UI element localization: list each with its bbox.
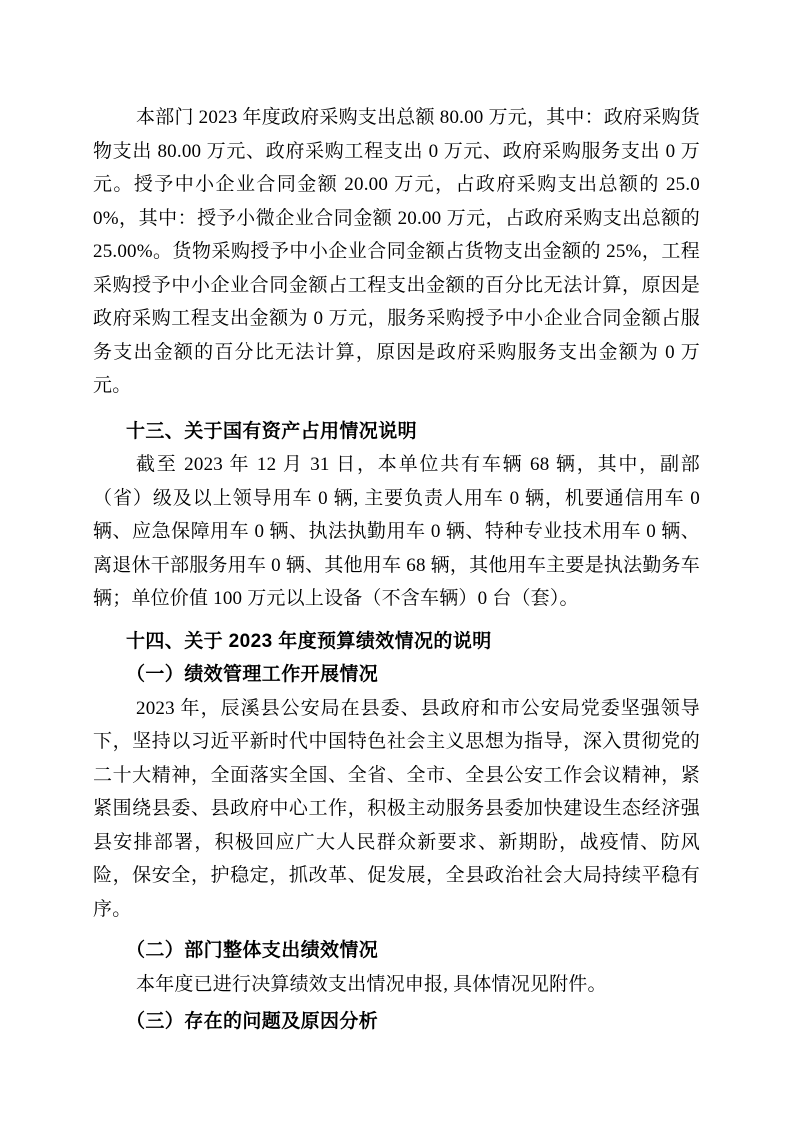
paragraph-performance-declaration: 本年度已进行决算绩效支出情况申报, 具体情况见附件。 [93,968,700,1002]
heading-sub-3-problems-and-cause-analysis: （三）存在的问题及原因分析 [93,1005,700,1039]
document-content: 本部门 2023 年度政府采购支出总额 80.00 万元，其中：政府采购货物支出… [93,101,700,1039]
heading-section-14-budget-performance: 十四、关于 2023 年度预算绩效情况的说明 [93,625,700,659]
paragraph-performance-management: 2023 年，辰溪县公安局在县委、县政府和市公安局党委坚强领导下，坚持以习近平新… [93,692,700,927]
document-page: 本部门 2023 年度政府采购支出总额 80.00 万元，其中：政府采购货物支出… [0,0,793,1122]
heading-sub-1-performance-management: （一）绩效管理工作开展情况 [93,658,700,692]
heading-sub-2-overall-expenditure-performance: （二）部门整体支出绩效情况 [93,934,700,968]
heading-section-13-state-assets: 十三、关于国有资产占用情况说明 [93,415,700,449]
paragraph-state-assets-vehicles: 截至 2023 年 12 月 31 日，本单位共有车辆 68 辆，其中，副部（省… [93,448,700,616]
paragraph-procurement-summary: 本部门 2023 年度政府采购支出总额 80.00 万元，其中：政府采购货物支出… [93,101,700,403]
